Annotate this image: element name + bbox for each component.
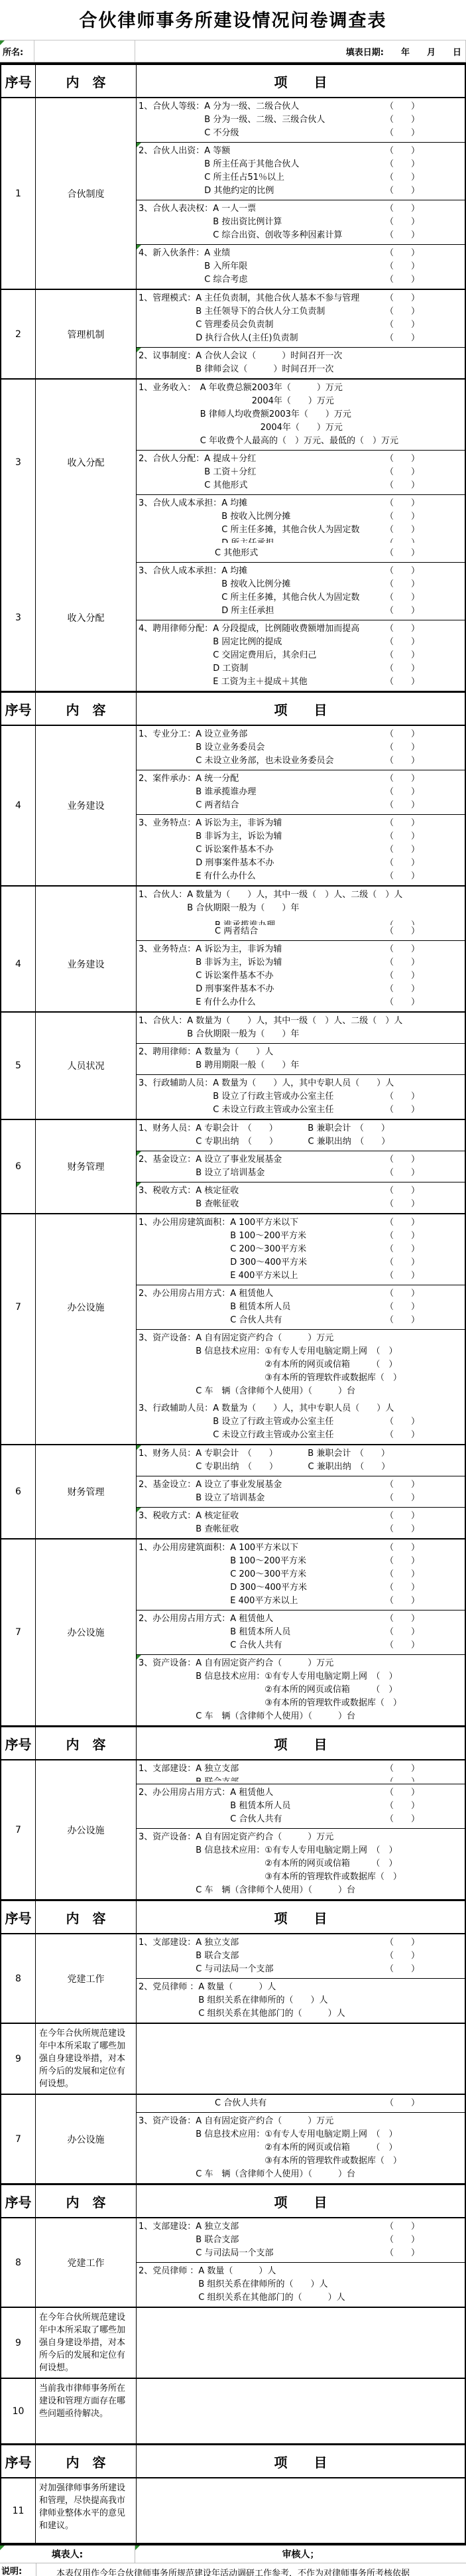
- question-item: 3、行政辅助人员：A 数量为（ ）人，其中专职人员（ ）人B 设立了行政主管或办…: [137, 1075, 465, 1119]
- row-content: 办公设施: [36, 1214, 137, 1400]
- option-line: A 独立支部（ ）: [196, 1936, 465, 1950]
- answer-blank[interactable]: （ ）: [385, 830, 442, 843]
- answer-blank[interactable]: （ ）: [385, 497, 442, 510]
- option-line: B 按收入比例分摊（ ）: [221, 578, 465, 591]
- option-line: B 设立了培训基金（ ）: [196, 1492, 465, 1505]
- answer-blank[interactable]: （ ）: [385, 1950, 442, 1963]
- option-text: B 设立了行政主管或办公室主任: [213, 1415, 385, 1429]
- answer-blank[interactable]: （ ）: [385, 1776, 442, 1782]
- answer-blank[interactable]: （ ）: [385, 1963, 442, 1976]
- answer-blank[interactable]: （ ）: [385, 786, 442, 799]
- option-text: B 按出资比例计算: [213, 216, 385, 229]
- option-lines: A 合伙人会议（ ）时间召开一次B 律师会议（ ）时间召开一次: [196, 350, 465, 376]
- answer-blank[interactable]: （ ）: [385, 537, 442, 543]
- option-text: A 分段提成，比例随收费额增加而提高: [213, 622, 385, 636]
- answer-blank[interactable]: （ ）: [385, 524, 442, 537]
- answer-blank[interactable]: （ ）: [385, 1813, 442, 1826]
- option-text: D 刑事案件基本不办: [196, 857, 385, 870]
- answer-blank[interactable]: （ ）: [385, 1492, 442, 1505]
- option-text: A 100平方米以下: [230, 1541, 385, 1555]
- option-lines: A 独立支部（ ）B 联合支部（ ）C 与司法局一个支部（ ）: [196, 1936, 465, 1976]
- option-text: B 聘用期限一般（ ）年: [196, 1059, 442, 1072]
- option-line: ②有本所的网页或信箱 （ ）: [196, 2141, 465, 2155]
- question-item: 2、党员律师 ：A 数量（ ）人B 组织关系在律师所的（ ）人C 组织关系在其他…: [137, 1979, 465, 2023]
- row-number: 3: [1, 380, 36, 545]
- answer-blank[interactable]: （ ）: [385, 247, 442, 260]
- question-item: B 谁承揽谁办理（ ）C 两者结合（ ）: [137, 917, 465, 941]
- option-text: D 所主任承担: [221, 605, 385, 618]
- option-text: C 两者结合: [196, 799, 385, 812]
- answer-blank[interactable]: （ ）: [385, 260, 442, 273]
- option-text: B 组织关系在律师所的（ ）人: [198, 1994, 442, 2007]
- option-line: C 交固定费用后，其余归己（ ）: [213, 649, 465, 662]
- option-line: B 合伙期限一般为（ ）年: [187, 902, 465, 915]
- option-text: A 自有固定资产约合（ ）万元: [196, 1831, 442, 1844]
- option-lines: A 独立支部（ ）B 联合支部（ ）C 与司法局一个支部（ ）: [196, 2220, 465, 2260]
- option-line: C 所主任占51％以上（ ）: [204, 171, 465, 184]
- option-text: B 信息技术应用：①有专人专用电脑定期上网 （ ）: [196, 1345, 442, 1358]
- question-item: 1、支部建设：A 独立支部（ ）B 联合支部（ ）C 与司法局一个支部（ ）: [137, 1934, 465, 1979]
- option-line: C 车 辆（含律师个人使用）（ ）台: [196, 1710, 465, 1723]
- option-text: C 合伙人共有: [230, 1314, 385, 1327]
- option-line: C 合伙人共有（ ）: [230, 1813, 465, 1826]
- answer-blank[interactable]: （ ）: [385, 145, 442, 158]
- question-item: 2、案件承办：A 统一分配（ ）B 谁承揽谁办理（ ）C 两者结合（ ）: [137, 770, 465, 815]
- answer-blank[interactable]: （ ）: [385, 1639, 442, 1652]
- option-text: B 设立了培训基金: [196, 1492, 385, 1505]
- question-item: 3、业务特点：A 诉讼为主，非诉为辅（ ）B 非诉为主，诉讼为辅（ ）C 诉讼案…: [137, 941, 465, 1011]
- option-line: B 聘用期限一般（ ）年: [196, 1059, 465, 1072]
- option-text: A 自有固定资产约合（ ）万元: [196, 2115, 442, 2128]
- option-text: C 200～300平方米: [230, 1243, 385, 1256]
- answer-blank[interactable]: （ ）: [385, 772, 442, 786]
- answer-blank[interactable]: （ ）: [385, 479, 442, 492]
- answer-blank[interactable]: （ ）: [385, 996, 442, 1009]
- option-line: B 主任领导下的合伙人分工负责制（ ）: [196, 305, 465, 319]
- answer-blank[interactable]: （ ）: [385, 510, 442, 524]
- item-head: 2、合伙人分配：: [139, 453, 204, 492]
- item-head: 1、办公用房建筑面积：: [139, 1216, 230, 1283]
- row-items: [137, 2379, 465, 2443]
- answer-blank[interactable]: （ ）: [385, 1510, 442, 1523]
- item-head: 1、支部建设：: [139, 2220, 196, 2260]
- firm-name-input-cell[interactable]: [34, 40, 135, 62]
- answer-blank[interactable]: （ ）: [385, 843, 442, 857]
- row-items: 1、业务收入： A 年收费总额2003年（ ）万元 2004年（ ）万元B 律师…: [137, 380, 465, 545]
- item-head: 3、行政辅助人员：: [139, 1402, 213, 1442]
- table-header: 序号内 容项 目: [1, 1900, 465, 1934]
- row-number: 5: [1, 1013, 36, 1119]
- answer-blank[interactable]: （ ）: [385, 799, 442, 812]
- option-text: ②有本所的网页或信箱 （ ）: [196, 2141, 442, 2155]
- option-text: C 200～300平方米: [230, 1568, 385, 1581]
- option-line: A 设立了事业发展基金（ ）: [196, 1153, 465, 1167]
- answer-blank[interactable]: （ ）: [385, 1269, 442, 1283]
- answer-blank[interactable]: （ ）: [385, 332, 442, 345]
- survey-row: 11对加强律师事务所建设和管理，尽快提高我市律师业整体水平的意见和建议。: [1, 2478, 465, 2544]
- question-item: C 其他形式（ ）: [137, 545, 465, 563]
- option-text: B 非诉为主，诉讼为辅: [196, 956, 385, 969]
- option-line: B 所主任高于其他合伙人（ ）: [204, 158, 465, 171]
- answer-blank[interactable]: （ ）: [385, 1090, 442, 1104]
- answer-blank[interactable]: （ ）: [385, 305, 442, 319]
- option-text: B 律师会议（ ）时间召开一次: [196, 363, 442, 376]
- answer-blank[interactable]: （ ）: [385, 741, 442, 754]
- option-line: C 组织关系在其他部门的（ ）人: [198, 2007, 465, 2021]
- answer-blank[interactable]: （ ）: [385, 2220, 442, 2234]
- option-text: ③有本所的管理软件或数据库（ ）: [196, 1697, 442, 1710]
- survey-row: 1合伙制度1、合伙人等级：A 分为一级、二级合伙人（ ）B 分为一级、二级、三级…: [1, 98, 465, 290]
- option-line: E 有什么办什么（ ）: [196, 870, 465, 883]
- answer-blank[interactable]: （ ）: [385, 956, 442, 969]
- answer-blank[interactable]: （ ）: [385, 1198, 442, 1211]
- answer-blank[interactable]: （ ）: [385, 1581, 442, 1595]
- answer-blank[interactable]: （ ）: [385, 919, 442, 925]
- questionnaire-table: 序号内 容项 目1合伙制度1、合伙人等级：A 分为一级、二级合伙人（ ）B 分为…: [0, 62, 466, 2545]
- item-head: 3、税收方式：: [139, 1510, 196, 1536]
- answer-blank[interactable]: （ ）: [385, 1478, 442, 1492]
- option-text: C 诉讼案件基本不办: [196, 969, 385, 983]
- item-head: 1、办公用房建筑面积：: [139, 1541, 230, 1608]
- row-items: 3、行政辅助人员：A 数量为（ ）人，其中专职人员（ ）人B 设立了行政主管或办…: [137, 1400, 465, 1444]
- note-label: 说明:: [0, 2563, 36, 2576]
- answer-blank[interactable]: （ ）: [385, 171, 442, 184]
- answer-blank[interactable]: （ ）: [385, 622, 442, 636]
- option-lines: A 诉讼为主，非诉为辅（ ）B 非诉为主，诉讼为辅（ ）C 诉讼案件基本不办（ …: [196, 817, 465, 883]
- option-text: E 400平方米以上: [230, 1595, 385, 1608]
- col-header-item: 项 目: [137, 1727, 465, 1759]
- option-text: A 独立支部: [196, 2220, 385, 2234]
- option-line: A 等额（ ）: [204, 145, 465, 158]
- row-number: 9: [1, 2308, 36, 2378]
- option-line: ③有本所的管理软件或数据库（ ）: [196, 2155, 465, 2168]
- row-number: 10: [1, 2379, 36, 2443]
- option-lines: A 自有固定资产约合（ ）万元B 信息技术应用：①有专人专用电脑定期上网 （ ）…: [196, 2115, 465, 2181]
- date-fields: 年 月 日: [384, 45, 461, 58]
- row-number: 8: [1, 1934, 36, 2023]
- option-line: C 不分级（ ）: [204, 127, 465, 140]
- row-items: 1、合伙人：A 数量为（ ）人，其中一级（ ）人、二级（ ）人B 合伙期限一般为…: [137, 1013, 465, 1119]
- option-text: B 设立了行政主管或办公室主任: [213, 1090, 385, 1104]
- option-text: B 入所年限: [204, 260, 385, 273]
- answer-blank[interactable]: （ ）: [385, 292, 442, 305]
- answer-blank[interactable]: （ ）: [385, 1786, 442, 1800]
- option-text: A 数量为（ ）人: [196, 1046, 442, 1059]
- answer-blank[interactable]: （ ）: [385, 184, 442, 198]
- option-lines: A 诉讼为主，非诉为辅（ ）B 非诉为主，诉讼为辅（ ）C 诉讼案件基本不办（ …: [196, 943, 465, 1009]
- answer-blank[interactable]: （ ）: [385, 1167, 442, 1180]
- row-items: C 合伙人共有（ ）3、资产设备：A 自有固定资产约合（ ）万元B 信息技术应用…: [137, 2095, 465, 2183]
- option-line: C 合伙人共有（ ）: [230, 1639, 465, 1652]
- answer-blank[interactable]: （ ）: [385, 1626, 442, 1639]
- answer-blank[interactable]: （ ）: [385, 202, 442, 216]
- answer-blank[interactable]: （ ）: [385, 216, 442, 229]
- fill-date-cell: 填表日期: 年 月 日: [135, 40, 466, 62]
- form-filler-label: 填表人:: [52, 2547, 84, 2561]
- option-lines: A 租赁他人（ ）B 租赁本所人员（ ）C 合伙人共有（ ）: [230, 1786, 465, 1826]
- option-line: D 刑事案件基本不办（ ）: [196, 983, 465, 996]
- option-lines: A 自有固定资产约合（ ）万元B 信息技术应用：①有专人专用电脑定期上网 （ ）…: [196, 1332, 465, 1398]
- item-head: 2、基金设立：: [139, 1153, 196, 1180]
- survey-row: 1、合伙人：A 数量为（ ）人，其中一级（ ）人、二级（ ）人B 合伙期限一般为…: [1, 887, 465, 917]
- answer-blank[interactable]: （ ）: [385, 925, 442, 938]
- option-lines: A 均摊（ ）B 按收入比例分摊（ ）C 所主任多摊，其他合伙人为固定数（ ）D…: [221, 565, 465, 618]
- answer-blank[interactable]: （ ）: [385, 857, 442, 870]
- option-lines: A 数量（ ）人B 组织关系在律师所的（ ）人C 组织关系在其他部门的（ ）人: [198, 2265, 465, 2305]
- answer-blank[interactable]: （ ）: [385, 662, 442, 676]
- answer-blank[interactable]: （ ）: [385, 1184, 442, 1198]
- option-line: E 400平方米以上（ ）: [230, 1595, 465, 1608]
- answer-blank[interactable]: （ ）: [385, 1287, 442, 1301]
- option-text: C 综合出资、创收等多种因素计算: [213, 229, 385, 242]
- option-text: C 未设立业务部，也未设业务委员会: [196, 754, 385, 768]
- option-line: B 联合支部（ ）: [196, 1950, 465, 1963]
- option-text: B 分为一级、二级、三级合伙人: [204, 113, 385, 127]
- option-line: A 数量为（ ）人，其中一级（ ）人、二级（ ）人: [187, 1015, 465, 1028]
- option-line: B 信息技术应用：①有专人专用电脑定期上网 （ ）: [196, 1345, 465, 1358]
- answer-blank[interactable]: （ ）: [385, 728, 442, 741]
- item-head: 2、聘用律师：: [139, 1046, 196, 1072]
- option-line: A 租赁他人（ ）: [230, 1786, 465, 1800]
- option-line: A 专职会计 （ ） B 兼职会计 （ ）: [196, 1122, 465, 1135]
- option-text: B 工资＋分红: [204, 466, 385, 479]
- option-text: C 不分级: [204, 127, 385, 140]
- option-line: A 核定征收（ ）: [196, 1184, 465, 1198]
- question-item: 3、税收方式：A 核定征收（ ）B 查帐征收（ ）: [137, 1182, 465, 1213]
- col-header-seq: 序号: [1, 1901, 36, 1933]
- option-text: A 年收费总额2003年（ ）万元: [200, 382, 442, 395]
- answer-blank[interactable]: （ ）: [385, 2234, 442, 2247]
- answer-blank[interactable]: （ ）: [385, 578, 442, 591]
- row-content: 党建工作: [36, 2218, 137, 2307]
- option-lines: A 核定征收（ ）B 查帐征收（ ）: [196, 1510, 465, 1536]
- option-lines: A 分为一级、二级合伙人（ ）B 分为一级、二级、三级合伙人（ ）C 不分级（ …: [204, 100, 465, 140]
- survey-row: 10当前我市律师事务所在建设和管理方面存在哪些问题亟待解决。: [1, 2379, 465, 2445]
- option-lines: A 主任负责制，其他合伙人基本不参与管理（ ）B 主任领导下的合伙人分工负责制（…: [196, 292, 465, 345]
- answer-blank[interactable]: （ ）: [385, 1256, 442, 1269]
- excel-corner-marker-icon: [137, 1182, 141, 1187]
- item-head: 3、资产设备：: [139, 2115, 196, 2181]
- option-lines: A 专职会计 （ ） B 兼职会计 （ ）C 专职出纳 （ ） C 兼职出纳 （…: [196, 1122, 465, 1149]
- answer-blank[interactable]: （ ）: [385, 1555, 442, 1568]
- option-lines: A 独立支部（ ）B 联合支部（ ）: [196, 1762, 465, 1782]
- option-line: B 按出资比例计算（ ）: [213, 216, 465, 229]
- option-line: B 设立了行政主管或办公室主任（ ）: [213, 1090, 465, 1104]
- answer-blank[interactable]: （ ）: [385, 1230, 442, 1243]
- answer-blank[interactable]: （ ）: [385, 113, 442, 127]
- answer-blank[interactable]: （ ）: [385, 870, 442, 883]
- answer-blank[interactable]: （ ）: [385, 100, 442, 113]
- option-line: B 谁承揽谁办理（ ）: [196, 786, 465, 799]
- row-number: 2: [1, 290, 36, 378]
- option-line: C 管理委员会负责制（ ）: [196, 319, 465, 332]
- answer-blank[interactable]: （ ）: [385, 1429, 442, 1442]
- answer-blank[interactable]: （ ）: [385, 453, 442, 466]
- answer-blank[interactable]: （ ）: [385, 1243, 442, 1256]
- option-line: B 租赁本所人员（ ）: [230, 1800, 465, 1813]
- row-content: 财务管理: [36, 1445, 137, 1538]
- option-line: A 设立业务部（ ）: [196, 728, 465, 741]
- option-text: C 组织关系在其他部门的（ ）人: [198, 2291, 442, 2305]
- answer-blank[interactable]: （ ）: [385, 1415, 442, 1429]
- option-text: A 租赁他人: [230, 1786, 385, 1800]
- table-header: 序号内 容项 目: [1, 2184, 465, 2218]
- option-text: A 分为一级、二级合伙人: [204, 100, 385, 113]
- option-line: A 统一分配（ ）: [196, 772, 465, 786]
- answer-blank[interactable]: （ ）: [385, 1612, 442, 1626]
- col-header-item: 项 目: [137, 65, 465, 97]
- option-line: B 合伙期限一般为（ ）年: [187, 1028, 465, 1041]
- option-line: C 200～300平方米（ ）: [230, 1243, 465, 1256]
- survey-row: 8党建工作1、支部建设：A 独立支部（ ）B 联合支部（ ）C 与司法局一个支部…: [1, 2218, 465, 2308]
- option-text: ②有本所的网页或信箱 （ ）: [196, 1857, 442, 1871]
- table-header: 序号内 容项 目: [1, 1727, 465, 1760]
- option-line: D 所主任承担（ ）: [221, 605, 465, 618]
- option-text: A 业绩: [204, 247, 385, 260]
- question-item: 3、资产设备：A 自有固定资产约合（ ）万元B 信息技术应用：①有专人专用电脑定…: [137, 2113, 465, 2183]
- question-item: 3、合伙人成本承担：A 均摊（ ）B 按收入比例分摊（ ）C 所主任多摊，其他合…: [137, 563, 465, 620]
- option-text: A 独立支部: [196, 1762, 385, 1776]
- question-item: 2、党员律师 ：A 数量（ ）人B 组织关系在律师所的（ ）人C 组织关系在其他…: [137, 2263, 465, 2307]
- survey-row: 7办公设施C 合伙人共有（ ）3、资产设备：A 自有固定资产约合（ ）万元B 信…: [1, 2095, 465, 2184]
- option-lines: A 提成＋分红（ ）B 工资＋分红（ ）C 其他形式（ ）: [204, 453, 465, 492]
- excel-corner-marker-icon: [137, 143, 141, 147]
- option-line: C 年收费个人最高的（ ）万元、最低的（ ）万元: [200, 435, 465, 448]
- item-head: 2、办公用房占用方式：: [139, 1612, 230, 1652]
- row-content: 人员状况: [36, 1013, 137, 1119]
- item-head: 2、党员律师 ：: [139, 1981, 198, 2021]
- answer-blank[interactable]: （ ）: [385, 547, 442, 560]
- option-text: B 租赁本所人员: [230, 1301, 385, 1314]
- item-head: 1、专业分工：: [139, 728, 196, 768]
- option-line: B 100～200平方米（ ）: [230, 1555, 465, 1568]
- question-item: 3、业务特点：A 诉讼为主，非诉为辅（ ）B 非诉为主，诉讼为辅（ ）C 诉讼案…: [137, 815, 465, 885]
- question-item: 1、财务人员：A 专职会计 （ ） B 兼职会计 （ ）C 专职出纳 （ ） C…: [137, 1445, 465, 1476]
- option-line: A 租赁他人（ ）: [230, 1612, 465, 1626]
- option-line: A 业绩（ ）: [204, 247, 465, 260]
- option-text: A 核定征收: [196, 1510, 385, 1523]
- option-text: C 其他形式: [215, 547, 385, 560]
- answer-blank[interactable]: （ ）: [385, 158, 442, 171]
- answer-blank[interactable]: （ ）: [385, 1936, 442, 1950]
- row-number: 1: [1, 98, 36, 289]
- option-text: C 组织关系在其他部门的（ ）人: [198, 2007, 442, 2021]
- answer-blank[interactable]: （ ）: [385, 1595, 442, 1608]
- option-text: A 数量为（ ）人，其中专职人员（ ）人: [213, 1402, 442, 1415]
- item-head: 2、办公用房占用方式：: [139, 1287, 230, 1327]
- question-item: 2、合伙人分配：A 提成＋分红（ ）B 工资＋分红（ ）C 其他形式（ ）: [137, 451, 465, 495]
- row-items: 1、管理模式：A 主任负责制，其他合伙人基本不参与管理（ ）B 主任领导下的合伙…: [137, 290, 465, 378]
- answer-blank[interactable]: （ ）: [385, 943, 442, 956]
- option-text: A 均摊: [221, 497, 385, 510]
- item-head: 2、基金设立：: [139, 1478, 196, 1505]
- option-line: C 未设立行政主管或办公室主任（ ）: [213, 1429, 465, 1442]
- option-text: B 100～200平方米: [230, 1230, 385, 1243]
- answer-blank[interactable]: （ ）: [385, 319, 442, 332]
- question-item: 4、聘用律师分配：A 分段提成，比例随收费额增加而提高（ ）B 固定比例的提成（…: [137, 620, 465, 691]
- option-text: A 主任负责制，其他合伙人基本不参与管理: [196, 292, 385, 305]
- option-text: A 数量为（ ）人，其中专职人员（ ）人: [213, 1077, 442, 1090]
- answer-blank[interactable]: （ ）: [385, 229, 442, 242]
- option-text: B 所主任高于其他合伙人: [204, 158, 385, 171]
- answer-blank[interactable]: （ ）: [385, 591, 442, 605]
- option-lines: A 数量为（ ）人，其中专职人员（ ）人B 设立了行政主管或办公室主任（ ）C …: [213, 1077, 465, 1117]
- form-reviewer-label: 审核人；: [282, 2547, 320, 2561]
- option-text: E 400平方米以上: [230, 1269, 385, 1283]
- option-line: A 分为一级、二级合伙人（ ）: [204, 100, 465, 113]
- note-row: 说明: 本表仅用作今年合伙律师事务所规范建设年活动调研工作参考，不作为对律师事务…: [0, 2563, 466, 2576]
- option-line: A 核定征收（ ）: [196, 1510, 465, 1523]
- answer-blank[interactable]: （ ）: [385, 636, 442, 649]
- answer-blank[interactable]: （ ）: [385, 127, 442, 140]
- row-number: 7: [1, 1539, 36, 1725]
- answer-blank[interactable]: （ ）: [385, 676, 442, 689]
- row-number: [1, 887, 36, 917]
- option-lines: A 租赁他人（ ）B 租赁本所人员（ ）C 合伙人共有（ ）: [230, 1287, 465, 1327]
- answer-blank[interactable]: （ ）: [385, 2247, 442, 2260]
- option-text: ③有本所的管理软件或数据库（ ）: [196, 1372, 442, 1385]
- answer-blank[interactable]: （ ）: [385, 1800, 442, 1813]
- item-head: 3、税收方式：: [139, 1184, 196, 1211]
- excel-corner-marker-icon: [137, 1445, 141, 1450]
- answer-blank[interactable]: （ ）: [385, 754, 442, 768]
- option-lines: A 分段提成，比例随收费额增加而提高（ ）B 固定比例的提成（ ）C 交固定费用…: [213, 622, 465, 689]
- answer-blank[interactable]: （ ）: [385, 1541, 442, 1555]
- answer-blank[interactable]: （ ）: [385, 2097, 442, 2110]
- answer-blank[interactable]: （ ）: [385, 605, 442, 618]
- option-text: B 按收入比例分摊: [221, 510, 385, 524]
- row-items: 1、财务人员：A 专职会计 （ ） B 兼职会计 （ ）C 专职出纳 （ ） C…: [137, 1445, 465, 1538]
- survey-row: 9在今年合伙所规范建设年中本所采取了哪些加强自身建设举措，对本所今后的发展和定位…: [1, 2024, 465, 2095]
- answer-blank[interactable]: （ ）: [385, 1568, 442, 1581]
- answer-blank[interactable]: （ ）: [385, 1104, 442, 1117]
- answer-blank[interactable]: （ ）: [385, 1301, 442, 1314]
- answer-blank[interactable]: （ ）: [385, 466, 442, 479]
- answer-blank[interactable]: （ ）: [385, 1314, 442, 1327]
- answer-blank[interactable]: （ ）: [385, 649, 442, 662]
- excel-corner-marker-icon: [135, 2545, 140, 2550]
- option-text: C 合伙人共有: [215, 2097, 385, 2110]
- survey-row: 7办公设施1、支部建设：A 独立支部（ ）B 联合支部（ ）2、办公用房占用方式…: [1, 1760, 465, 1900]
- answer-blank[interactable]: （ ）: [385, 1216, 442, 1230]
- answer-blank[interactable]: （ ）: [385, 1523, 442, 1536]
- answer-blank[interactable]: （ ）: [385, 817, 442, 830]
- option-text: B 固定比例的提成: [213, 636, 385, 649]
- option-text: C 与司法局一个支部: [196, 2247, 385, 2260]
- answer-blank[interactable]: （ ）: [385, 969, 442, 983]
- option-line: A 一人一票（ ）: [213, 202, 465, 216]
- answer-blank[interactable]: （ ）: [385, 273, 442, 287]
- row-items: B 谁承揽谁办理（ ）C 两者结合（ ）3、业务特点：A 诉讼为主，非诉为辅（ …: [137, 917, 465, 1011]
- answer-blank[interactable]: （ ）: [385, 565, 442, 578]
- answer-blank[interactable]: （ ）: [385, 983, 442, 996]
- option-line: 2004年（ ）万元: [200, 395, 465, 408]
- item-head: 1、业务收入：: [139, 382, 200, 448]
- answer-blank[interactable]: （ ）: [385, 1153, 442, 1167]
- option-text: A 诉讼为主，非诉为辅: [196, 943, 385, 956]
- item-head: 4、新入伙条件：: [139, 247, 204, 287]
- answer-blank[interactable]: （ ）: [385, 1762, 442, 1776]
- option-text: C 车 辆（含律师个人使用）（ ）台: [196, 2168, 442, 2181]
- row-content: 管理机制: [36, 290, 137, 378]
- option-text: B 按收入比例分摊: [221, 578, 385, 591]
- signature-row: 填表人:审核人；: [0, 2545, 466, 2563]
- option-text: B 信息技术应用：①有专人专用电脑定期上网 （ ）: [196, 1844, 442, 1857]
- option-line: D 其他约定的比例（ ）: [204, 184, 465, 198]
- option-text: A 统一分配: [196, 772, 385, 786]
- item-head: 2、案件承办：: [139, 772, 196, 812]
- col-header-content: 内 容: [36, 2445, 137, 2477]
